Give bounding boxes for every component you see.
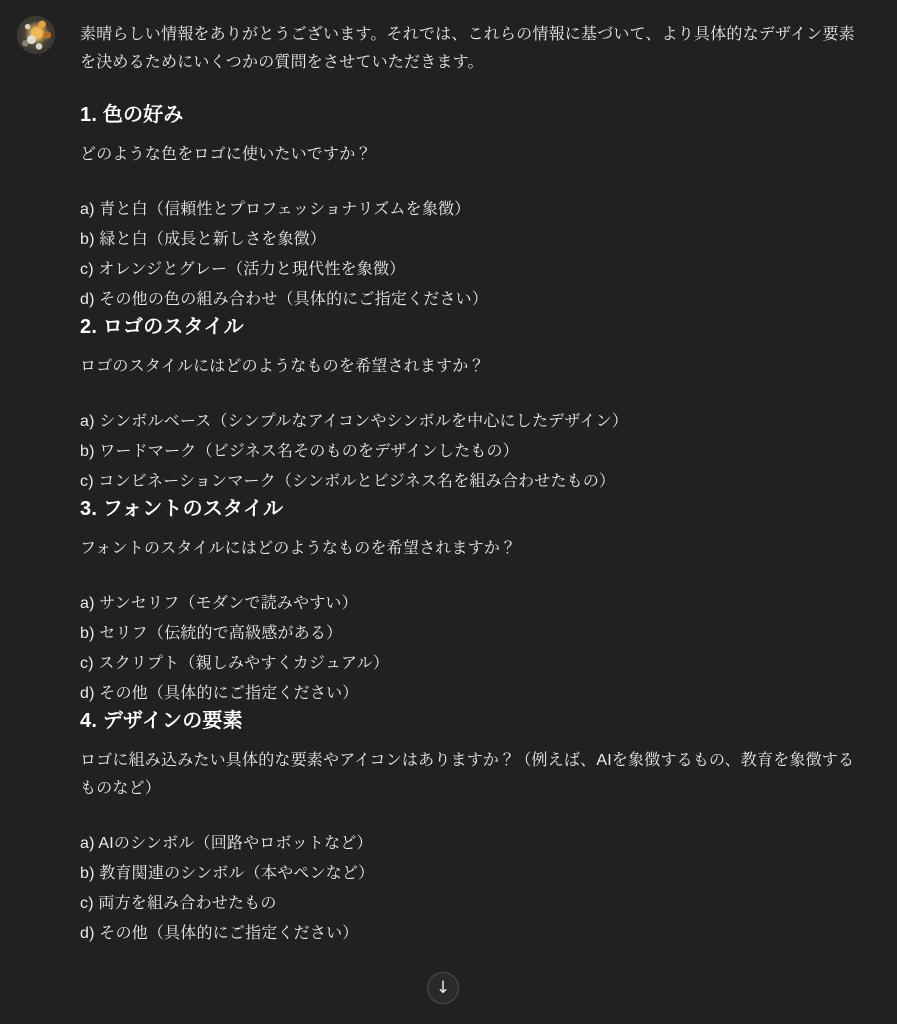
option-line: a) サンセリフ（モダンで読みやすい） — [80, 589, 862, 619]
arrow-down-icon: ↓ — [436, 980, 450, 997]
option-line: b) 教育関連のシンボル（本やペンなど） — [80, 859, 862, 889]
scroll-to-bottom-button[interactable]: ↓ — [427, 972, 459, 1004]
option-line: b) ワードマーク（ビジネス名そのものをデザインしたもの） — [80, 437, 862, 467]
message-intro: 素晴らしい情報をありがとうございます。それでは、これらの情報に基づいて、より具体… — [80, 21, 862, 77]
section-heading: 1. 色の好み — [80, 103, 862, 127]
option-line: c) スクリプト（親しみやすくカジュアル） — [80, 649, 862, 679]
section-design-elements: 4. デザインの要素 ロゴに組み込みたい具体的な要素やアイコンはありますか？（例… — [80, 709, 862, 949]
section-question: フォントのスタイルにはどのようなものを希望されますか？ — [80, 535, 862, 563]
option-line: a) AIのシンボル（回路やロボットなど） — [80, 829, 862, 859]
option-list: a) AIのシンボル（回路やロボットなど） b) 教育関連のシンボル（本やペンな… — [80, 829, 862, 949]
section-question: ロゴに組み込みたい具体的な要素やアイコンはありますか？（例えば、AIを象徴するも… — [80, 747, 862, 803]
option-line: b) 緑と白（成長と新しさを象徴） — [80, 225, 862, 255]
option-list: a) シンボルベース（シンプルなアイコンやシンボルを中心にしたデザイン） b) … — [80, 407, 862, 497]
message-content: 素晴らしい情報をありがとうございます。それでは、これらの情報に基づいて、より具体… — [80, 21, 862, 949]
option-line: d) その他の色の組み合わせ（具体的にご指定ください） — [80, 285, 862, 315]
option-line: d) その他（具体的にご指定ください） — [80, 919, 862, 949]
option-line: c) オレンジとグレー（活力と現代性を象徴） — [80, 255, 862, 285]
section-color-preference: 1. 色の好み どのような色をロゴに使いたいですか？ a) 青と白（信頼性とプロ… — [80, 103, 862, 315]
section-heading: 2. ロゴのスタイル — [80, 315, 862, 339]
section-question: ロゴのスタイルにはどのようなものを希望されますか？ — [80, 353, 862, 381]
assistant-avatar — [17, 16, 55, 54]
section-font-style: 3. フォントのスタイル フォントのスタイルにはどのようなものを希望されますか？… — [80, 497, 862, 709]
option-line: b) セリフ（伝統的で高級感がある） — [80, 619, 862, 649]
section-logo-style: 2. ロゴのスタイル ロゴのスタイルにはどのようなものを希望されますか？ a) … — [80, 315, 862, 497]
section-heading: 4. デザインの要素 — [80, 709, 862, 733]
option-line: c) 両方を組み合わせたもの — [80, 889, 862, 919]
section-question: どのような色をロゴに使いたいですか？ — [80, 141, 862, 169]
option-line: a) 青と白（信頼性とプロフェッショナリズムを象徴） — [80, 195, 862, 225]
option-line: a) シンボルベース（シンプルなアイコンやシンボルを中心にしたデザイン） — [80, 407, 862, 437]
option-line: d) その他（具体的にご指定ください） — [80, 679, 862, 709]
option-list: a) サンセリフ（モダンで読みやすい） b) セリフ（伝統的で高級感がある） c… — [80, 589, 862, 709]
option-list: a) 青と白（信頼性とプロフェッショナリズムを象徴） b) 緑と白（成長と新しさ… — [80, 195, 862, 315]
section-heading: 3. フォントのスタイル — [80, 497, 862, 521]
option-line: c) コンビネーションマーク（シンボルとビジネス名を組み合わせたもの） — [80, 467, 862, 497]
